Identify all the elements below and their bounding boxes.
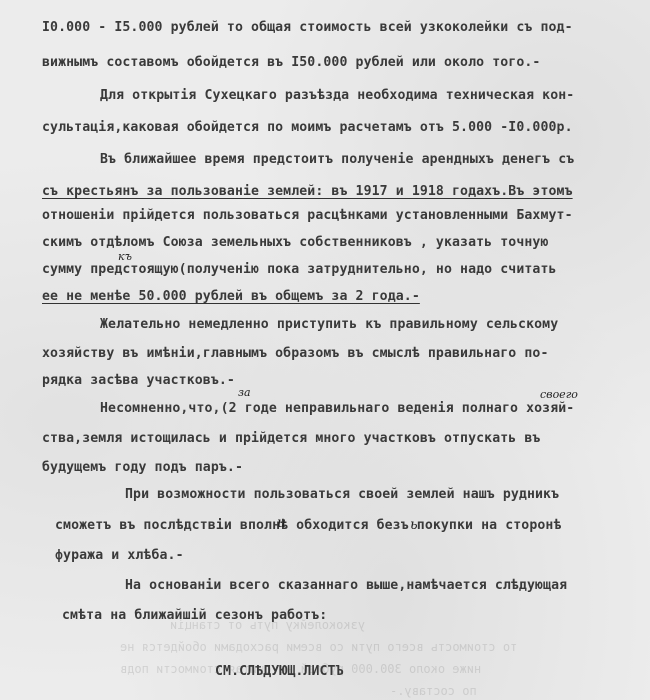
text-line: хозяйству въ имѣніи,главнымъ образомъ въ… xyxy=(42,346,549,361)
text-line: I0.000 - I5.000 рублей то общая стоимост… xyxy=(42,20,573,35)
text-line: вижнымъ составомъ обойдется въ I50.000 р… xyxy=(42,55,540,70)
text-line: будущемъ году подъ паръ.- xyxy=(42,460,243,475)
text-line: съ крестьянъ за пользованіе землей: въ 1… xyxy=(42,184,573,199)
text-line: Въ ближайшее время предстоитъ полученіе … xyxy=(100,152,574,167)
handwritten-annotation: своего xyxy=(540,388,578,401)
handwritten-annotation: за xyxy=(238,386,251,399)
text-line: СМ.СЛѢДУЮЩ.ЛИСТЪ xyxy=(215,664,344,679)
handwritten-annotation: ь xyxy=(410,517,418,533)
text-line: сумму предстоящую(полученію пока затрудн… xyxy=(42,262,557,277)
text-line: ее не менѣе 50.000 рублей въ общемъ за 2… xyxy=(42,289,420,304)
text-line: Для открытія Сухецкаго разъѣзда необходи… xyxy=(100,88,574,103)
text-line: смѣта на ближайшій сезонъ работъ: xyxy=(62,608,327,623)
text-line: рядка засѣва участковъ.- xyxy=(42,373,235,388)
text-line: ства,земля истощилась и прійдется много … xyxy=(42,431,540,446)
text-line: отношеніи прійдется пользоваться расцѣнк… xyxy=(42,208,573,223)
text-line: Желательно немедленно приступить къ прав… xyxy=(100,317,558,332)
bleed-through-text: по составу.- xyxy=(390,684,477,698)
text-line: сультація,каковая обойдется по моимъ рас… xyxy=(42,120,573,135)
text-line: На основаніи всего сказаннаго выше,намѣч… xyxy=(125,578,567,593)
bleed-through-text: то стоимость всего пути со всеми расхода… xyxy=(120,640,517,654)
text-line: скимъ отдѣломъ Союза земельныхъ собствен… xyxy=(42,235,549,250)
text-line: фуража и хлѣба.- xyxy=(55,548,184,563)
text-line: При возможности пользоваться своей земле… xyxy=(125,487,559,502)
handwritten-annotation: къ xyxy=(118,250,132,263)
scanned-document-page: узкоколейку путь от станціи то стоимость… xyxy=(0,0,650,700)
text-line: Несомненно,что,(2 годе неправильнаго вед… xyxy=(100,401,574,416)
handwritten-annotation: и xyxy=(277,515,286,531)
text-line: сможетъ въ послѣдствіи вполнѣ обходится … xyxy=(55,518,562,533)
